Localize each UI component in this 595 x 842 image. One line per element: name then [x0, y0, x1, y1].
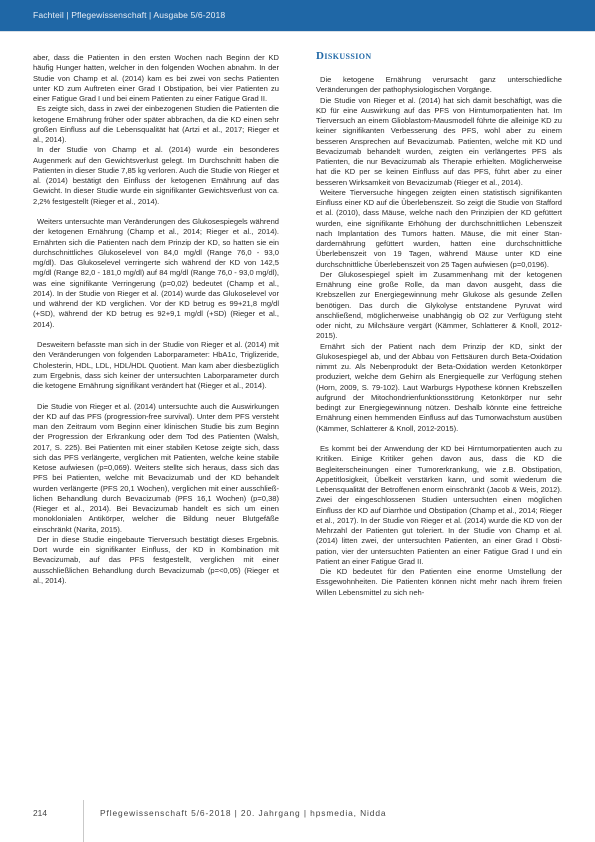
paragraph: Der in diese Studie eingebaute Tierversu…: [33, 535, 279, 586]
paragraph: Die Studie von Rieger et al. (2014) unte…: [33, 402, 279, 535]
paragraph: Ernährt sich der Patient nach dem Prinzi…: [316, 342, 562, 434]
paragraph: Die Studie von Rieger et al. (2014) hat …: [316, 96, 562, 188]
footer-divider: [83, 800, 84, 842]
paragraph: Die ketogene Ernährung verursacht ganz u…: [316, 75, 562, 96]
running-header: Fachteil | Pflegewissenschaft | Ausgabe …: [0, 0, 595, 32]
page-number: 214: [33, 808, 47, 818]
paragraph: In der Studie von Champ et al. (2014) wu…: [33, 145, 279, 207]
publication-info: Pflegewissenschaft 5/6-2018 | 20. Jahrga…: [100, 808, 386, 818]
right-column: Diskussion Die ketogene Ernährung verurs…: [316, 49, 562, 598]
page-footer: 214 Pflegewissenschaft 5/6-2018 | 20. Ja…: [0, 800, 595, 842]
paragraph: Es zeigte sich, dass in zwei der einbezo…: [33, 104, 279, 145]
header-title: Fachteil | Pflegewissenschaft | Ausgabe …: [33, 10, 225, 20]
paragraph: aber, dass die Patienten in den ersten W…: [33, 53, 279, 104]
paragraph: Desweitern befasste man sich in der Stud…: [33, 340, 279, 391]
left-column: aber, dass die Patienten in den ersten W…: [33, 53, 279, 586]
paragraph: Weitere Tierversuche hingegen zeigten ei…: [316, 188, 562, 270]
paragraph: Der Glukosespiegel spielt im Zusammenhan…: [316, 270, 562, 342]
section-heading-discussion: Diskussion: [316, 49, 562, 63]
paragraph: Es kommt bei der Anwendung der KD bei Hi…: [316, 444, 562, 567]
paragraph: Weiters untersuchte man Veränderungen de…: [33, 217, 279, 330]
paragraph: Die KD bedeutet für den Patienten eine e…: [316, 567, 562, 598]
